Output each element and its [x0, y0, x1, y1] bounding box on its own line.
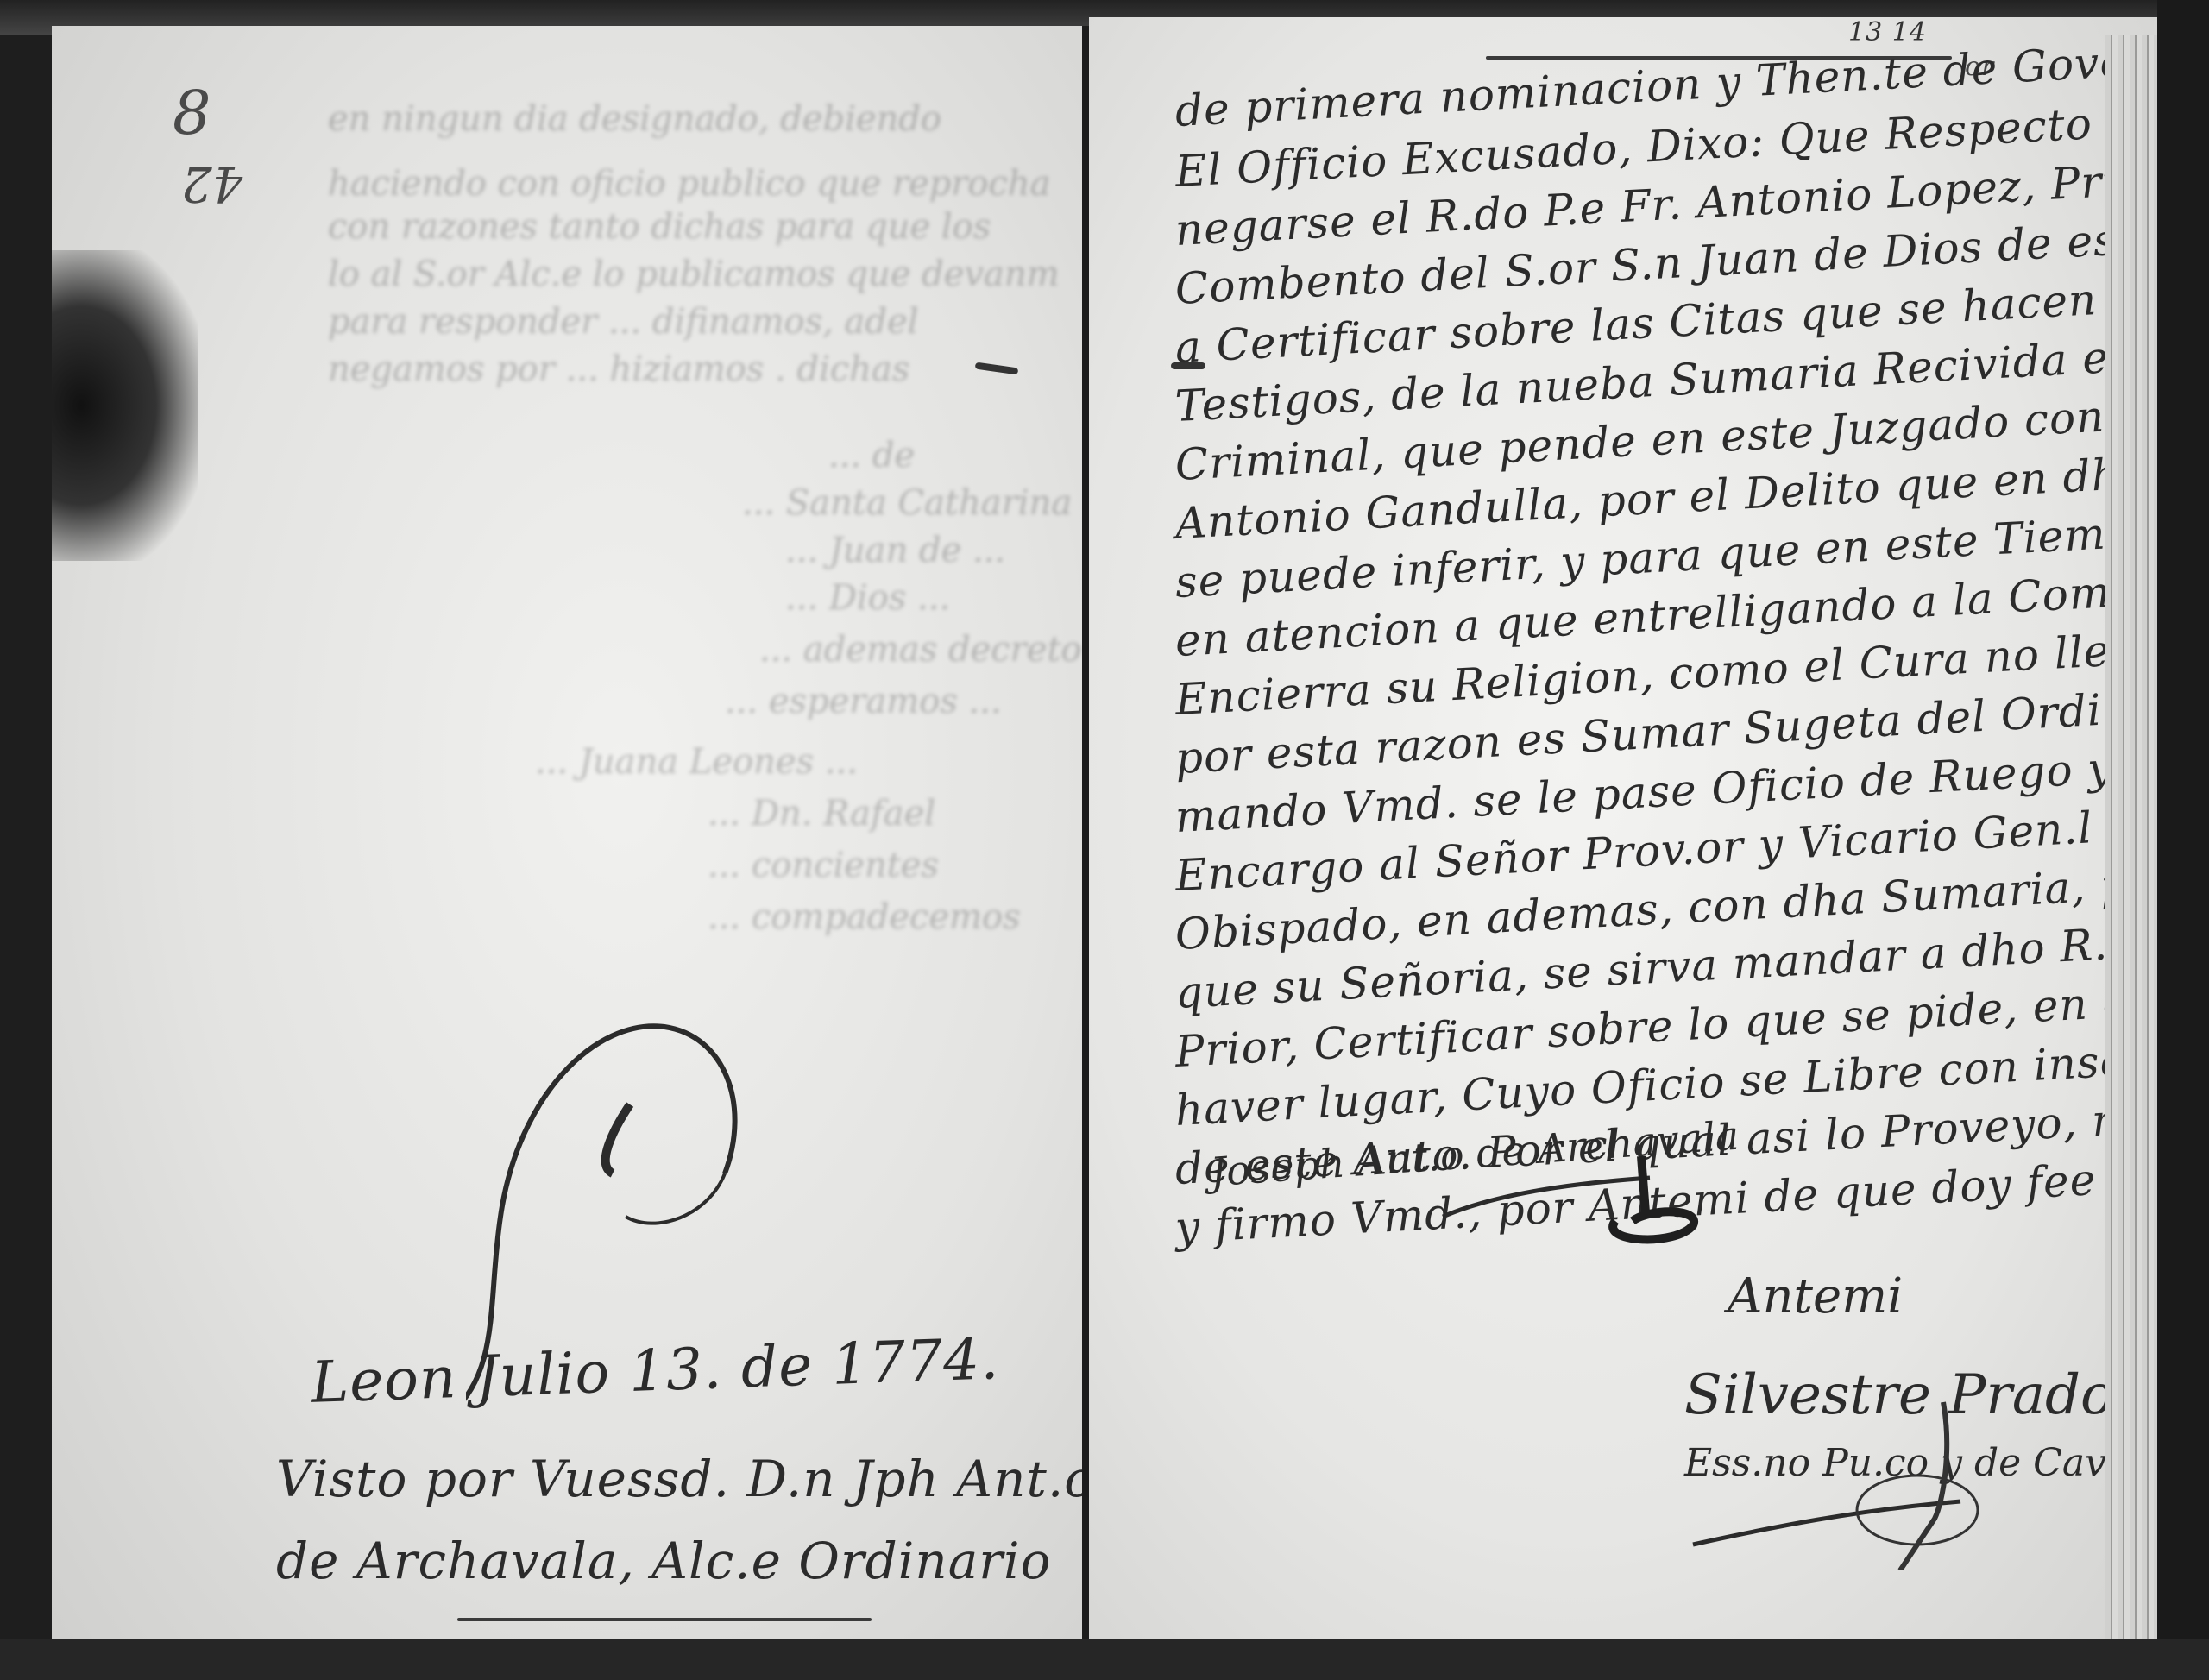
faded-line: ... ademas decreto — [759, 630, 1082, 670]
right-page: 13 14 or de primera nominacion y Then.te… — [1089, 17, 2157, 1671]
faded-line: ... esperamos ... — [725, 682, 1002, 721]
faded-line: negamos por ... hiziamos . dichas — [328, 349, 909, 389]
faded-line: en ningun dia designado, debiendo — [328, 99, 941, 139]
faded-line: haciendo con oficio publico que reprocha — [328, 164, 1050, 204]
faded-line: lo al S.or Alc.e lo publicamos que devan… — [328, 255, 1060, 294]
faded-line: ... Dios ... — [785, 578, 950, 618]
scan-background: 8 42 en ningun dia designado, debiendo h… — [0, 0, 2209, 1680]
folio-mark-bottom: 42 — [181, 155, 242, 211]
antemi-label: Antemi — [1728, 1268, 1903, 1324]
ink-dash — [975, 362, 1019, 375]
faded-line: ... Dn. Rafael — [708, 794, 935, 834]
faded-line: ... Juana Leones ... — [535, 742, 858, 782]
signature-flourish-icon — [1434, 1139, 1710, 1251]
bottom-shadow — [0, 1639, 2209, 1680]
faded-line: con razones tanto dichas para que los — [328, 207, 991, 247]
faded-line: ... de — [828, 436, 915, 475]
faded-line: para responder ... difinamos, adel — [328, 302, 918, 342]
folio-mark-top: 8 — [173, 78, 211, 148]
folio-number: 13 14 — [1848, 17, 1927, 47]
date-line: Leon Julio 13. de 1774. — [310, 1325, 1000, 1416]
page-edge-shadow — [52, 250, 198, 561]
underline-rule — [457, 1618, 872, 1621]
faded-line: ... Santa Catharina — [742, 483, 1072, 523]
visto-line-2: de Archavala, Alc.e Ordinario — [276, 1532, 1051, 1590]
right-dark-border — [2157, 0, 2209, 1680]
faded-line: ... compadecemos — [708, 897, 1021, 937]
signature-flourish-icon — [1684, 1398, 1995, 1570]
page-edges — [2105, 35, 2157, 1665]
faded-line: ... Juan de ... — [785, 531, 1005, 570]
faded-line: ... concientes — [708, 846, 939, 885]
left-page: 8 42 en ningun dia designado, debiendo h… — [52, 26, 1087, 1671]
visto-line-1: Visto por Vuessd. D.n Jph Ant.o — [276, 1450, 1087, 1508]
